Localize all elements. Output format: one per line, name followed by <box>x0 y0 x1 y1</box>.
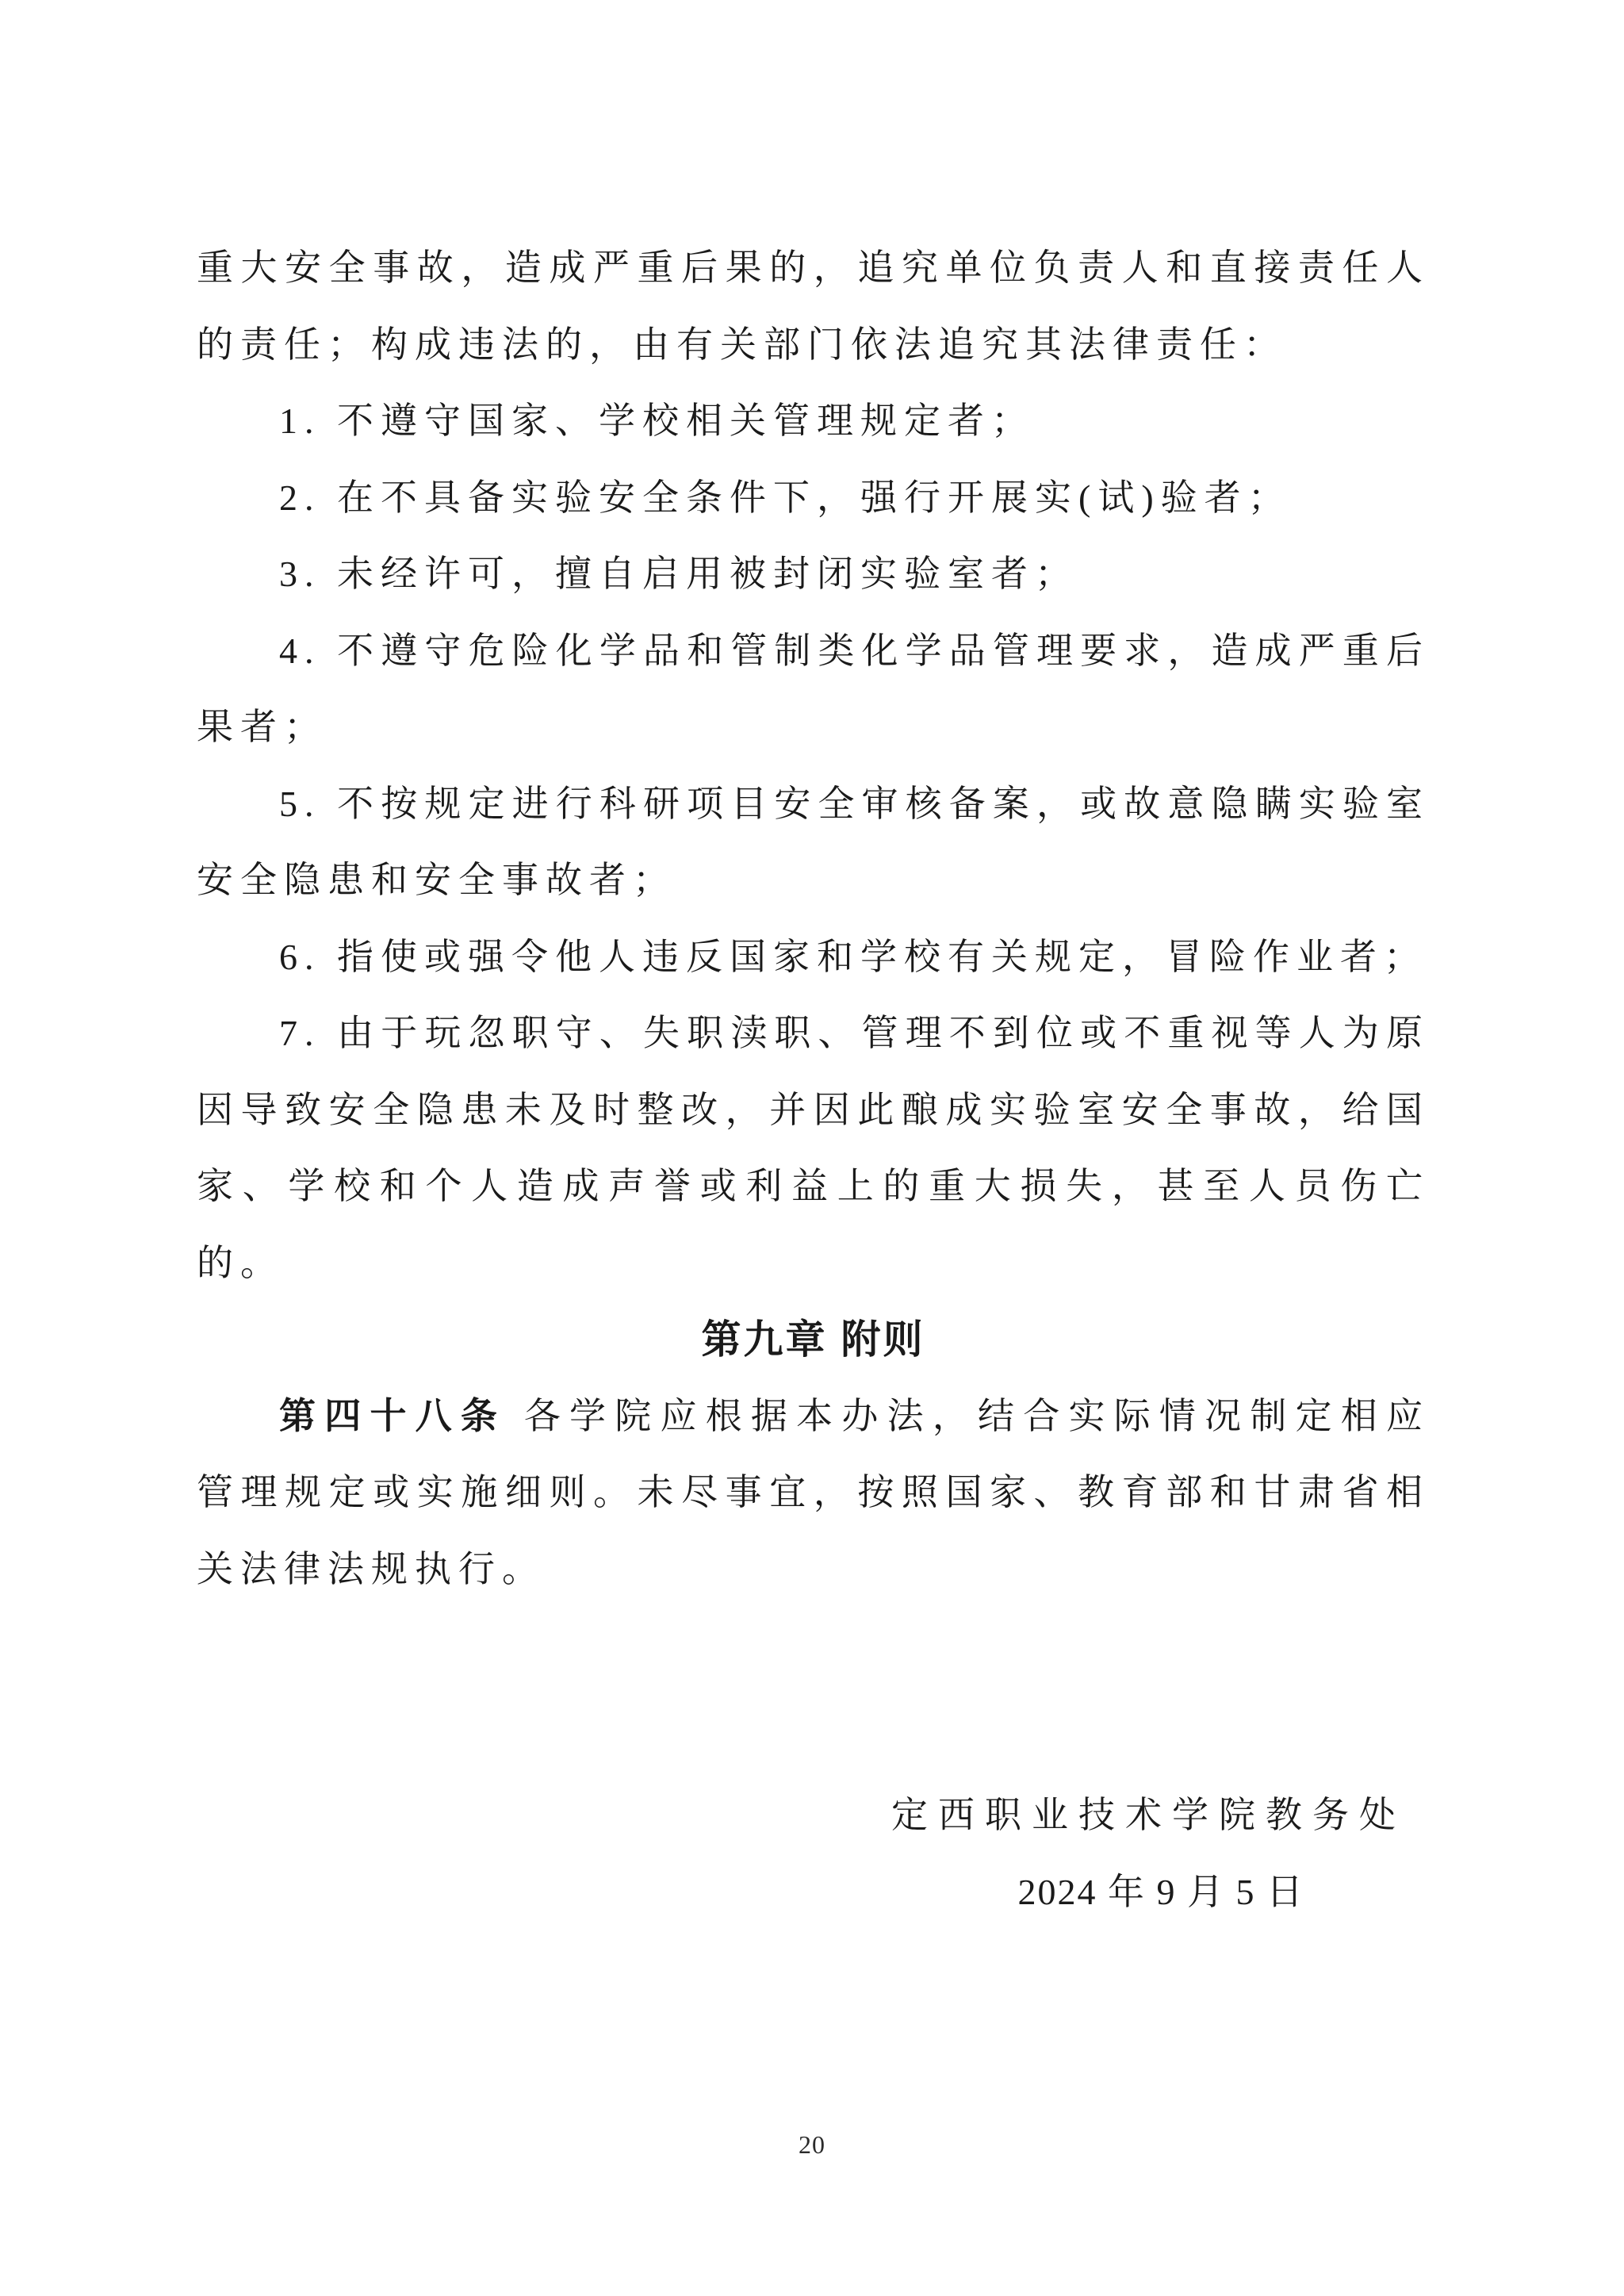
list-item-line: 4. 不遵守危险化学品和管制类化学品管理要求，造成严重后 <box>197 613 1430 690</box>
article-number: 第四十八条 <box>279 1396 506 1436</box>
paragraph-line: 关法律法规执行。 <box>197 1531 1430 1608</box>
list-item-line: 6. 指使或强令他人违反国家和学校有关规定，冒险作业者； <box>197 919 1430 996</box>
signature: 定西职业技术学院教务处 <box>197 1777 1406 1854</box>
article-line: 第四十八条 各学院应根据本办法，结合实际情况制定相应 <box>197 1378 1430 1455</box>
body-text: 重大安全事故，造成严重后果的，追究单位负责人和直接责任人 的责任；构成违法的，由… <box>197 230 1430 1930</box>
date: 2024 年 9 月 5 日 <box>197 1854 1304 1931</box>
paragraph-line: 重大安全事故，造成严重后果的，追究单位负责人和直接责任人 <box>197 230 1430 307</box>
paragraph-line: 的责任；构成违法的，由有关部门依法追究其法律责任： <box>197 307 1430 384</box>
vertical-gap <box>197 1608 1430 1777</box>
list-item-line: 3. 未经许可，擅自启用被封闭实验室者； <box>197 536 1430 613</box>
paragraph-line: 的。 <box>197 1225 1430 1302</box>
paragraph-line: 安全隐患和安全事故者； <box>197 842 1430 919</box>
paragraph-line: 果者； <box>197 689 1430 766</box>
article-text: 各学院应根据本办法，结合实际情况制定相应 <box>506 1396 1430 1436</box>
paragraph-line: 因导致安全隐患未及时整改，并因此酿成实验室安全事故，给国 <box>197 1072 1430 1149</box>
chapter-heading: 第九章 附则 <box>197 1301 1430 1378</box>
paragraph-line: 家、学校和个人造成声誉或利益上的重大损失，甚至人员伤亡 <box>197 1148 1430 1225</box>
page-number: 20 <box>0 2129 1624 2160</box>
document-page: 重大安全事故，造成严重后果的，追究单位负责人和直接责任人 的责任；构成违法的，由… <box>0 0 1624 2296</box>
list-item-line: 7. 由于玩忽职守、失职渎职、管理不到位或不重视等人为原 <box>197 995 1430 1072</box>
list-item-line: 2. 在不具备实验安全条件下，强行开展实(试)验者； <box>197 460 1430 537</box>
list-item-line: 1. 不遵守国家、学校相关管理规定者； <box>197 383 1430 460</box>
list-item-line: 5. 不按规定进行科研项目安全审核备案，或故意隐瞒实验室 <box>197 766 1430 843</box>
paragraph-line: 管理规定或实施细则。未尽事宜，按照国家、教育部和甘肃省相 <box>197 1455 1430 1531</box>
